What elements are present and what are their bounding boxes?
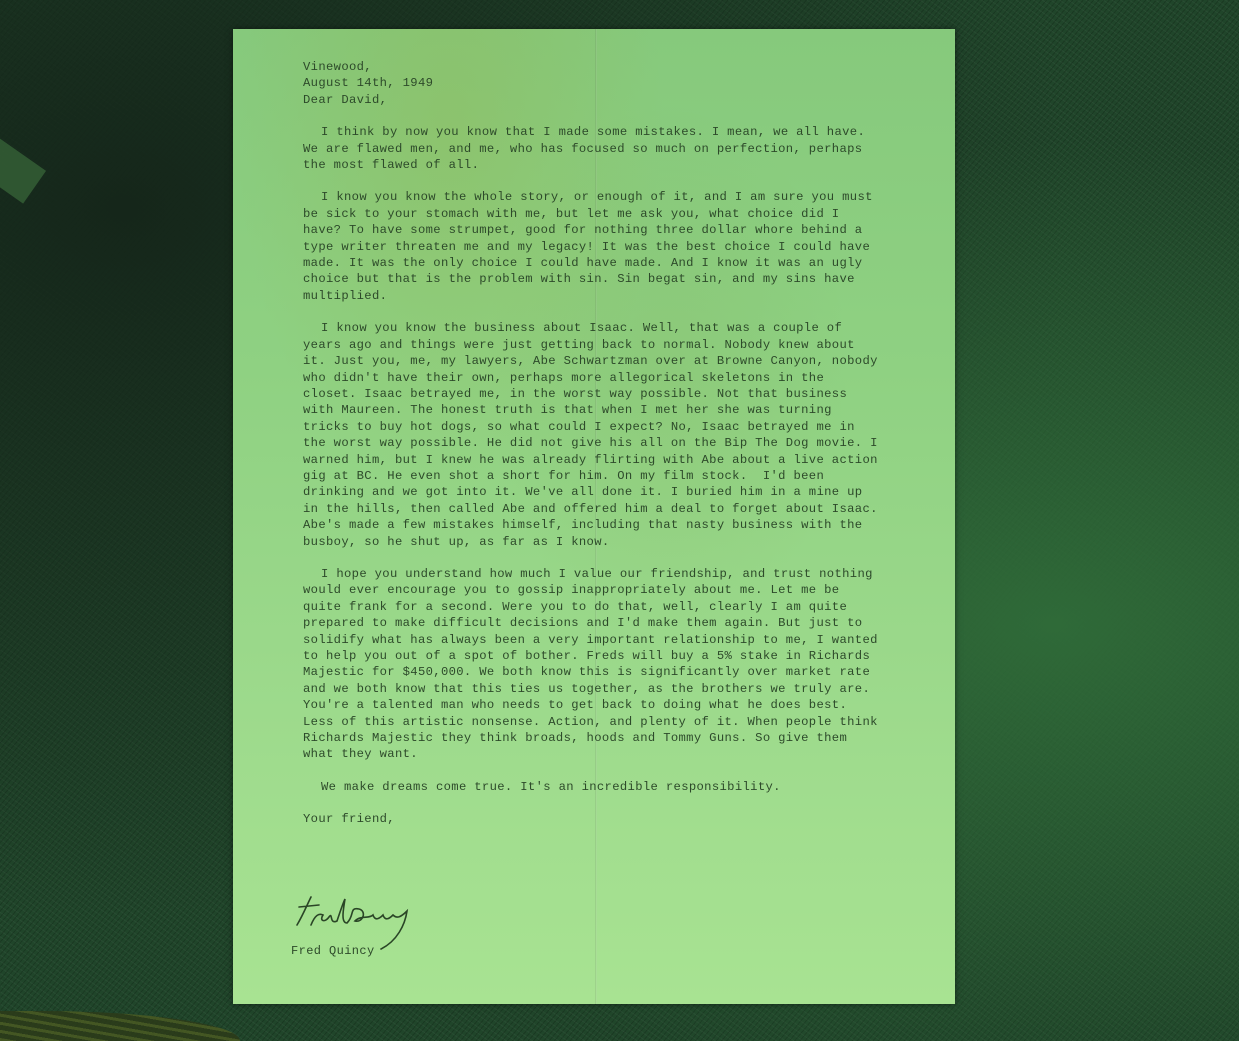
letter-paragraph-2: I know you know the whole story, or enou… [303, 189, 883, 304]
letter-place: Vinewood, [303, 59, 883, 75]
letter-closing: Your friend, [303, 811, 883, 827]
paper-scrap [0, 136, 46, 203]
letter-body: Vinewood, August 14th, 1949 Dear David, … [303, 59, 883, 828]
signer-name: Fred Quincy [291, 944, 375, 958]
letter-paper: Vinewood, August 14th, 1949 Dear David, … [233, 29, 955, 1004]
letter-paragraph-4: I hope you understand how much I value o… [303, 566, 883, 763]
letter-paragraph-5: We make dreams come true. It's an incred… [303, 779, 883, 795]
brass-trim-decoration [0, 1011, 240, 1041]
letter-paragraph-1: I think by now you know that I made some… [303, 124, 883, 173]
letter-date: August 14th, 1949 [303, 75, 883, 91]
letter-paragraph-3: I know you know the business about Isaac… [303, 320, 883, 550]
letter-salutation: Dear David, [303, 92, 883, 108]
